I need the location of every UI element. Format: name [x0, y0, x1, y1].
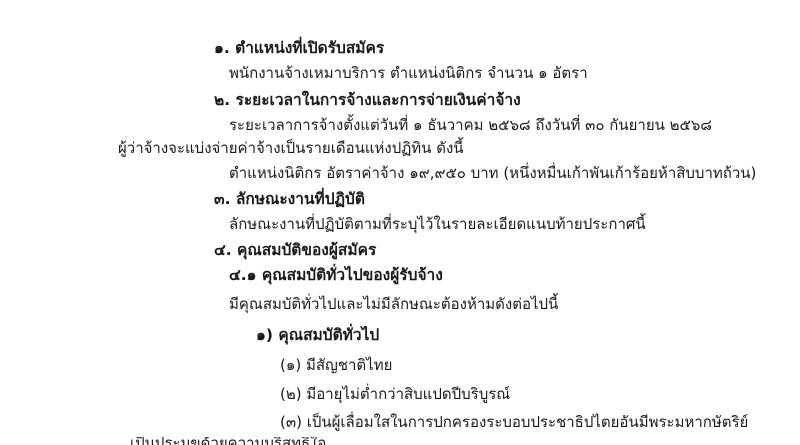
cut-off-line: เป็นประมุขด้วยความบริสุทธิ์ใจ — [130, 437, 450, 445]
section-1-heading: ๑. ตำแหน่งที่เปิดรับสมัคร — [214, 38, 384, 58]
section-2-body-line1: ระยะเวลาการจ้างตั้งแต่วันที่ ๑ ธันวาคม ๒… — [229, 115, 712, 135]
section-4-1-body: มีคุณสมบัติทั่วไปและไม่มีลักษณะต้องห้ามด… — [229, 294, 558, 314]
qualification-item-1: (๑) มีสัญชาติไทย — [280, 355, 392, 375]
section-3-heading: ๓. ลักษณะงานที่ปฏิบัติ — [214, 189, 365, 209]
qualification-item-2: (๒) มีอายุไม่ต่ำกว่าสิบแปดปีบริบูรณ์ — [280, 384, 510, 404]
cut-off-text: เป็นประมุขด้วยความบริสุทธิ์ใจ — [130, 437, 450, 445]
section-2-body-line2: ผู้ว่าจ้างจะแบ่งจ่ายค่าจ้างเป็นรายเดือนแ… — [118, 138, 464, 158]
qualification-item-3: (๓) เป็นผู้เลื่อมใสในการปกครองระบอบประชา… — [280, 412, 748, 432]
general-qualifications-heading: ๑) คุณสมบัติทั่วไป — [256, 325, 379, 345]
section-3-body: ลักษณะงานที่ปฏิบัติตามที่ระบุไว้ในรายละเ… — [229, 214, 646, 234]
section-2-heading: ๒. ระยะเวลาในการจ้างและการจ่ายเงินค่าจ้า… — [214, 90, 521, 110]
section-2-body-line3: ตำแหน่งนิติกร อัตราค่าจ้าง ๑๙,๙๕๐ บาท (ห… — [229, 163, 756, 183]
section-4-heading: ๔. คุณสมบัติของผู้สมัคร — [214, 240, 376, 260]
section-1-body: พนักงานจ้างเหมาบริการ ตำแหน่งนิติกร จำนว… — [229, 63, 588, 83]
section-4-1-heading: ๔.๑ คุณสมบัติทั่วไปของผู้รับจ้าง — [229, 265, 443, 285]
